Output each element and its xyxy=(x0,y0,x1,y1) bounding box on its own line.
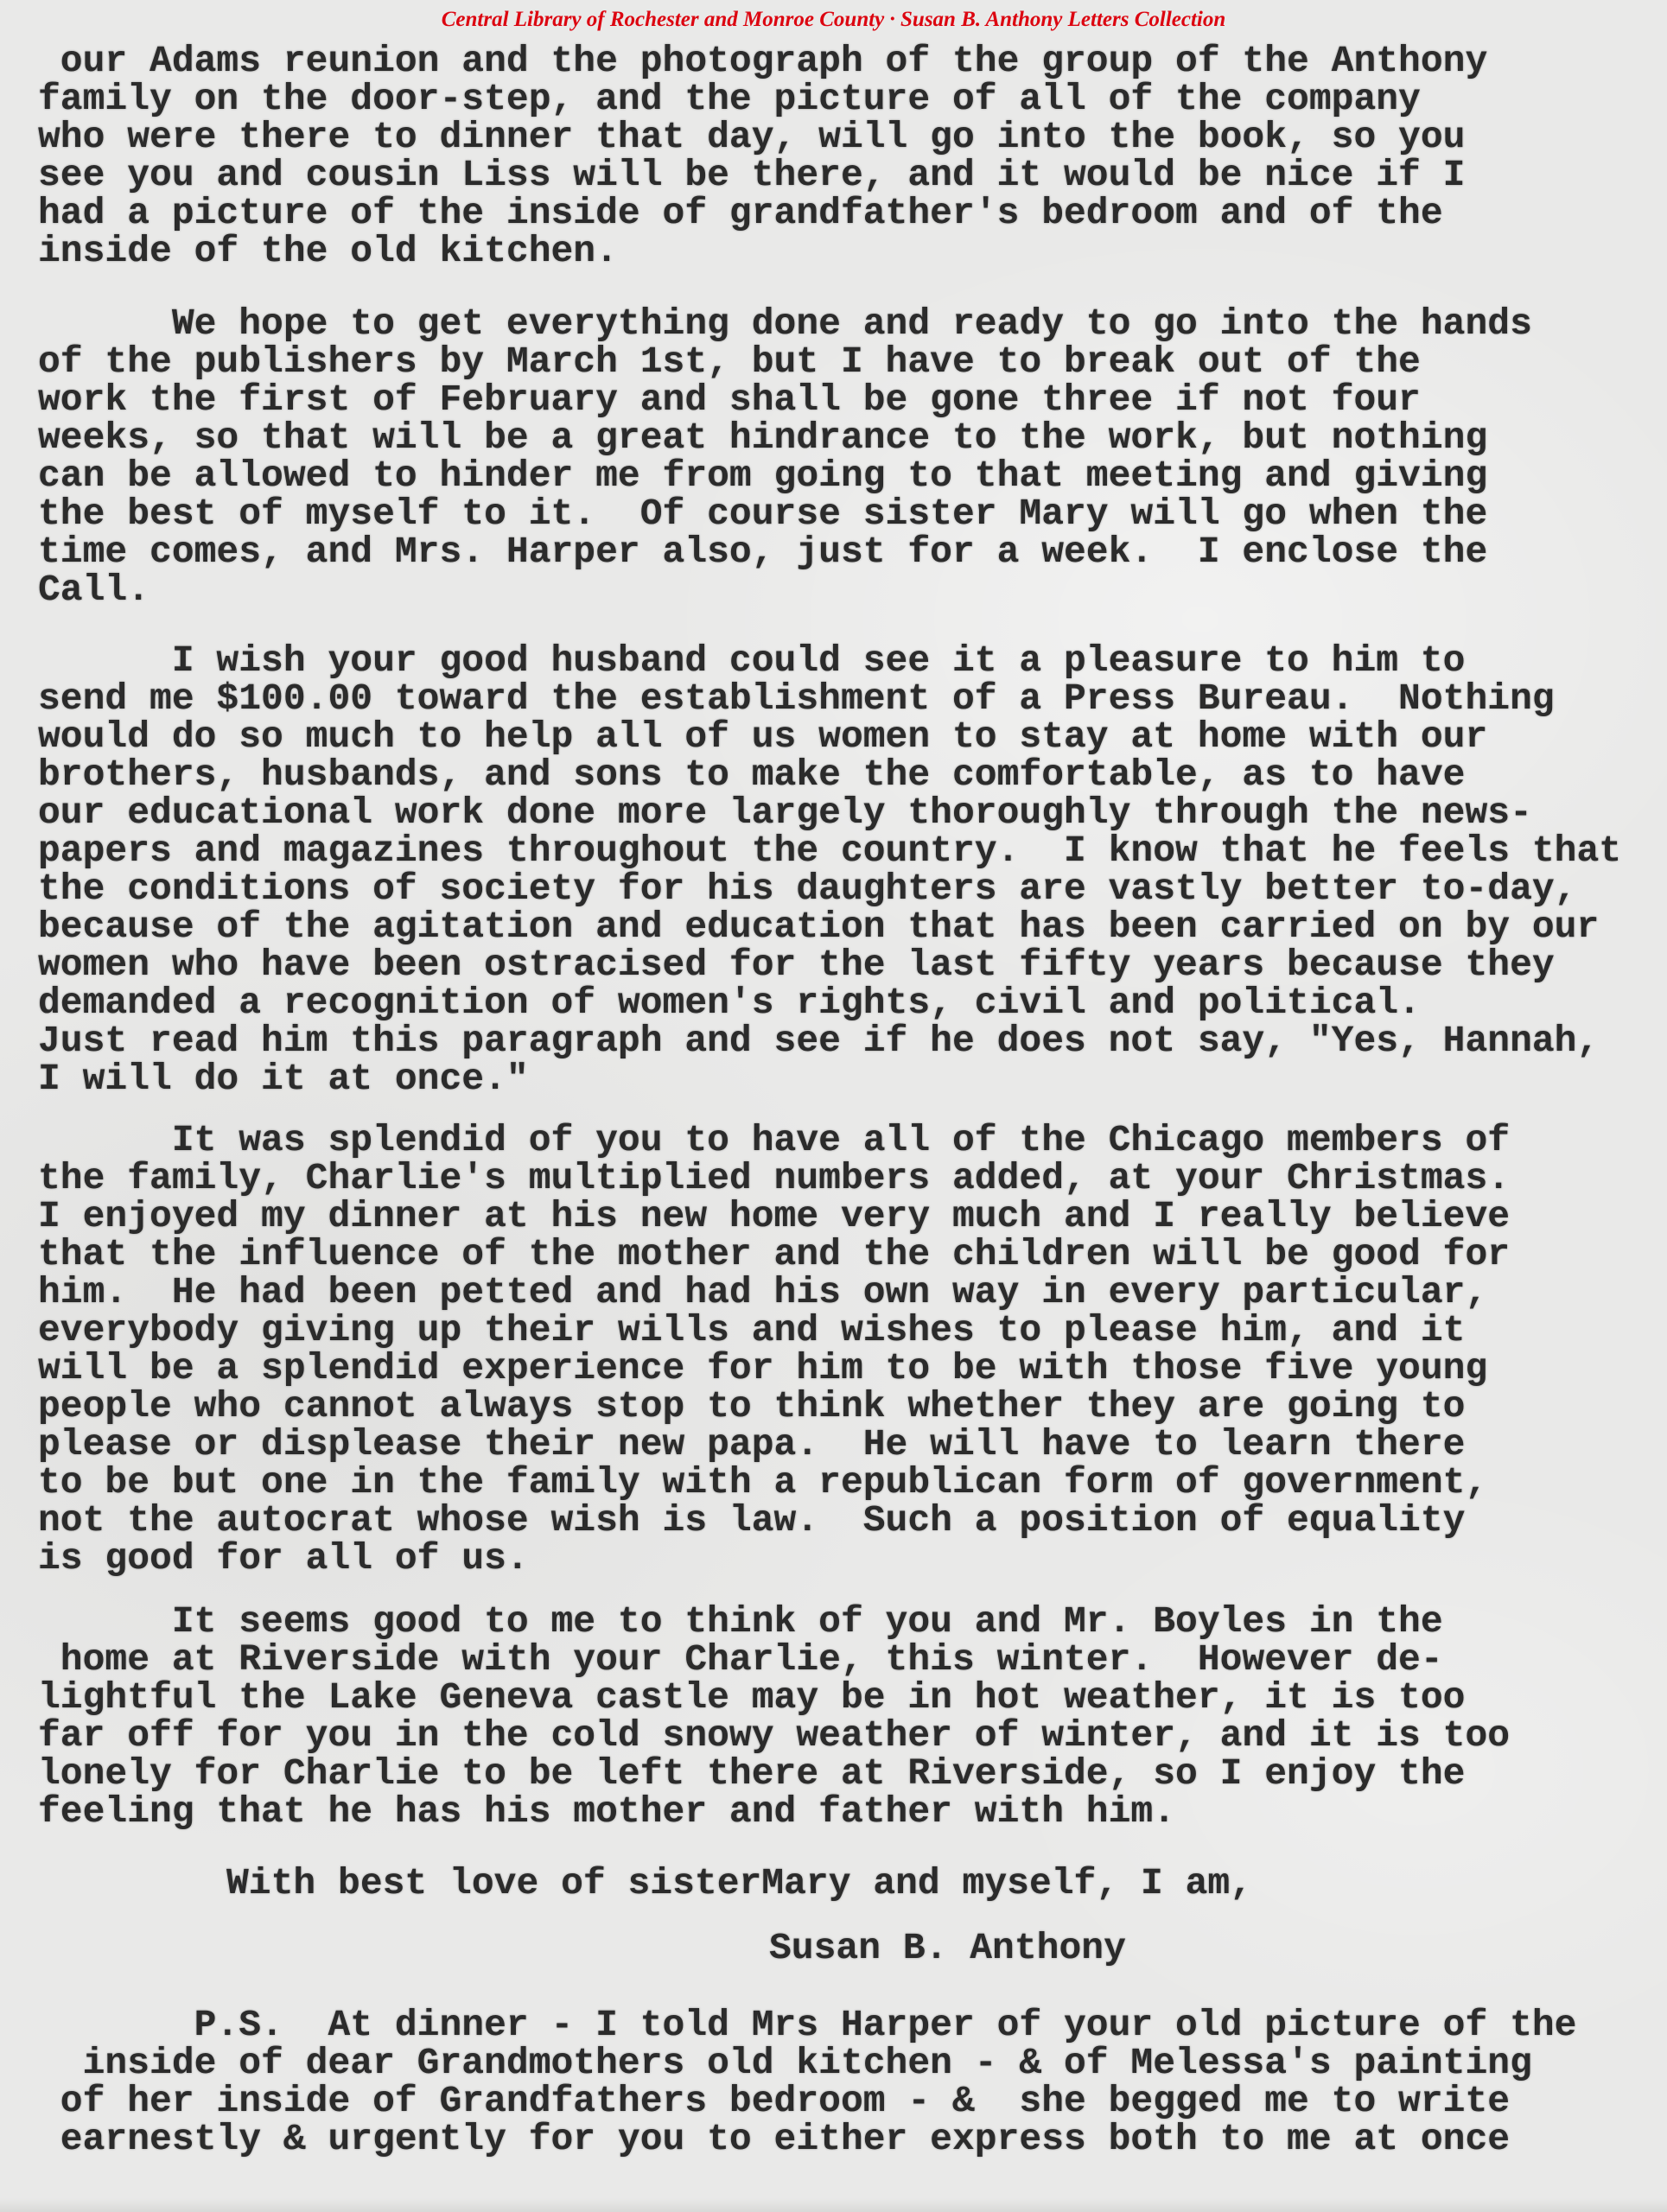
letter-paragraph-4: It was splendid of you to have all of th… xyxy=(38,1122,1658,1578)
signature-line: Susan B. Anthony xyxy=(38,1929,1658,1967)
letter-line: far off for you in the cold snowy weathe… xyxy=(38,1717,1658,1755)
closing-line: With best love of sisterMary and myself,… xyxy=(38,1865,1658,1903)
letter-line: the conditions of society for his daught… xyxy=(38,870,1658,908)
letter-line: weeks, so that will be a great hindrance… xyxy=(38,419,1658,457)
postscript-line: inside of dear Grandmothers old kitchen … xyxy=(38,2044,1658,2082)
letter-line: It seems good to me to think of you and … xyxy=(38,1603,1658,1641)
letter-line: the best of myself to it. Of course sist… xyxy=(38,495,1658,533)
letter-line: is good for all of us. xyxy=(38,1540,1658,1578)
letter-line: feeling that he has his mother and fathe… xyxy=(38,1793,1658,1831)
scanned-letter-page: Central Library of Rochester and Monroe … xyxy=(0,0,1667,2212)
letter-line: him. He had been petted and had his own … xyxy=(38,1274,1658,1312)
collection-header: Central Library of Rochester and Monroe … xyxy=(0,0,1667,33)
letter-paragraph-3: I wish your good husband could see it a … xyxy=(38,642,1658,1098)
letter-paragraph-5: It seems good to me to think of you and … xyxy=(38,1603,1658,1831)
letter-line: not the autocrat whose wish is law. Such… xyxy=(38,1502,1658,1540)
letter-line: Call. xyxy=(38,571,1658,609)
letter-line: women who have been ostracised for the l… xyxy=(38,946,1658,984)
letter-line: because of the agitation and education t… xyxy=(38,908,1658,946)
letter-line: who were there to dinner that day, will … xyxy=(38,118,1658,156)
letter-line: will be a splendid experience for him to… xyxy=(38,1350,1658,1388)
letter-line: had a picture of the inside of grandfath… xyxy=(38,194,1658,232)
letter-line: send me $100.00 toward the establishment… xyxy=(38,680,1658,718)
letter-line: of the publishers by March 1st, but I ha… xyxy=(38,343,1658,381)
letter-line: home at Riverside with your Charlie, thi… xyxy=(38,1641,1658,1679)
letter-line: I enjoyed my dinner at his new home very… xyxy=(38,1198,1658,1236)
letter-line: our Adams reunion and the photograph of … xyxy=(38,42,1658,80)
letter-paragraph-2: We hope to get everything done and ready… xyxy=(38,305,1658,609)
letter-line: work the first of February and shall be … xyxy=(38,381,1658,419)
letter-line: I wish your good husband could see it a … xyxy=(38,642,1658,680)
letter-line: lonely for Charlie to be left there at R… xyxy=(38,1755,1658,1793)
letter-line: It was splendid of you to have all of th… xyxy=(38,1122,1658,1160)
postscript-line: P.S. At dinner - I told Mrs Harper of yo… xyxy=(38,2006,1658,2044)
letter-line: see you and cousin Liss will be there, a… xyxy=(38,156,1658,194)
letter-line: please or displease their new papa. He w… xyxy=(38,1426,1658,1464)
letter-line: I will do it at once." xyxy=(38,1060,1658,1098)
letter-line: inside of the old kitchen. xyxy=(38,232,1658,270)
letter-line: can be allowed to hinder me from going t… xyxy=(38,457,1658,495)
letter-line: time comes, and Mrs. Harper also, just f… xyxy=(38,533,1658,571)
letter-line: would do so much to help all of us women… xyxy=(38,718,1658,756)
letter-line: papers and magazines throughout the coun… xyxy=(38,832,1658,870)
letter-line: demanded a recognition of women's rights… xyxy=(38,984,1658,1022)
letter-line: the family, Charlie's multiplied numbers… xyxy=(38,1160,1658,1198)
letter-line: everybody giving up their wills and wish… xyxy=(38,1312,1658,1350)
postscript-line: earnestly & urgently for you to either e… xyxy=(38,2120,1658,2158)
letter-line: that the influence of the mother and the… xyxy=(38,1236,1658,1274)
letter-line: to be but one in the family with a repub… xyxy=(38,1464,1658,1502)
letter-line: people who cannot always stop to think w… xyxy=(38,1388,1658,1426)
letter-line: We hope to get everything done and ready… xyxy=(38,305,1658,343)
letter-line: family on the door-step, and the picture… xyxy=(38,80,1658,118)
letter-line: lightful the Lake Geneva castle may be i… xyxy=(38,1679,1658,1717)
letter-line: brothers, husbands, and sons to make the… xyxy=(38,756,1658,794)
letter-line: our educational work done more largely t… xyxy=(38,794,1658,832)
postscript: P.S. At dinner - I told Mrs Harper of yo… xyxy=(38,2006,1658,2158)
letter-body: our Adams reunion and the photograph of … xyxy=(0,42,1667,2158)
postscript-line: of her inside of Grandfathers bedroom - … xyxy=(38,2082,1658,2120)
letter-line: Just read him this paragraph and see if … xyxy=(38,1022,1658,1060)
letter-paragraph-1: our Adams reunion and the photograph of … xyxy=(38,42,1658,270)
